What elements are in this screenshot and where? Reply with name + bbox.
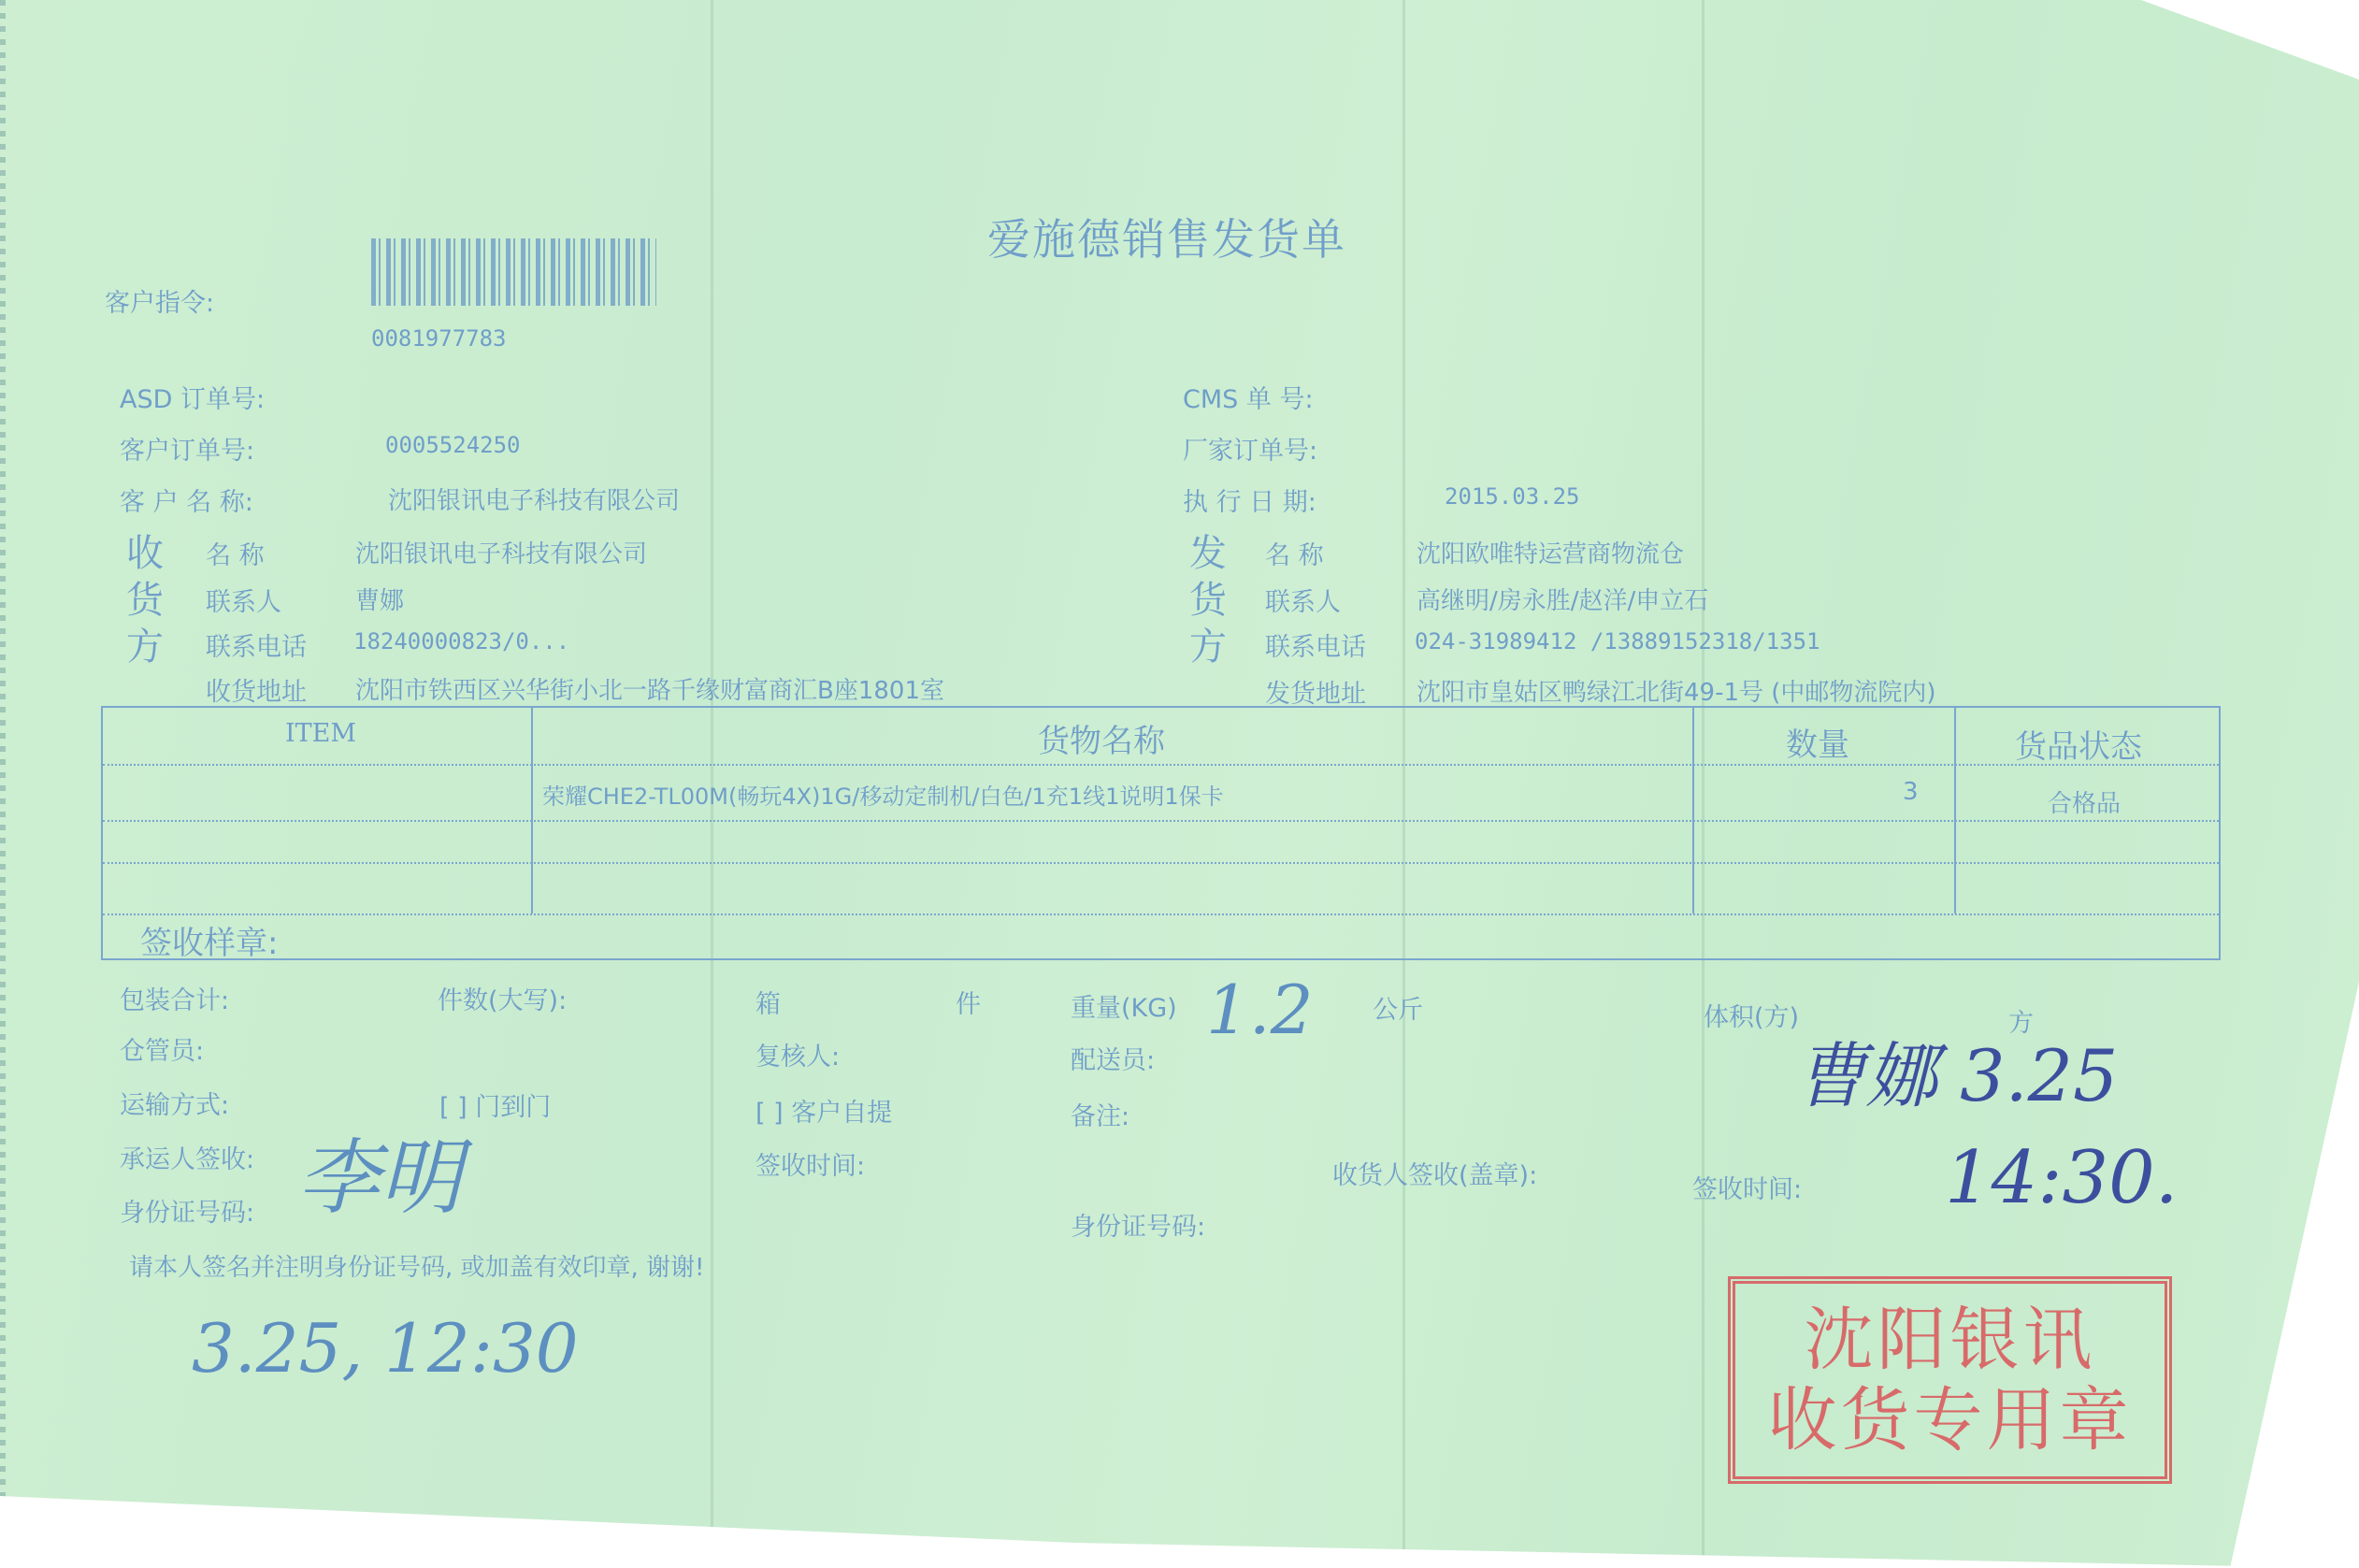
shipper-phone-label: 联系电话 [1265,626,1366,663]
id-number-label-left: 身份证号码: [120,1192,254,1229]
exec-date: 2015.03.25 [1445,483,1580,510]
barcode [371,238,656,306]
transport-label: 运输方式: [120,1085,229,1121]
perforation-edge [0,0,6,1568]
weight-value: 1.2 [1206,971,1314,1049]
receiver-sign-label: 收货人签收(盖章): [1332,1155,1537,1191]
piece-label: 件 [956,984,981,1020]
handwritten-note: 3.25, 12:30 [192,1309,579,1388]
receiver-handwritten-signature: 曹娜 3.25 [1795,1019,2118,1121]
table-column-divider [1954,708,1956,913]
carrier-sign-label: 承运人签收: [120,1139,254,1175]
receiver-address: 沈阳市铁西区兴华街小北一路千缘财富商汇B座1801室 [355,671,944,706]
receiver-name: 沈阳银讯电子科技有限公司 [355,535,647,569]
customer-name-label: 客 户 名 称: [120,482,253,518]
customer-name: 沈阳银讯电子科技有限公司 [388,482,680,516]
document-title: 爱施德销售发货单 [987,206,1346,267]
box-label: 箱 [755,984,781,1020]
id-number-label-right: 身份证号码: [1071,1206,1205,1243]
receiver-address-label: 收货地址 [206,671,307,708]
receiver-side-char: 收 [126,524,164,577]
table-column-divider [531,708,533,913]
reviewer-label: 复核人: [755,1036,840,1072]
table-column-divider [1692,708,1694,913]
package-total-label: 包装合计: [120,980,229,1016]
pieces-label: 件数(大写): [438,980,567,1016]
sign-time-label: 签收时间: [755,1145,865,1182]
stamp-line-1: 沈阳银讯 [1805,1300,2096,1380]
receiver-side-char: 方 [126,617,164,670]
column-header-goods: 货物名称 [1038,715,1165,761]
asd-order-label: ASD 订单号: [120,379,265,415]
courier-label: 配送员: [1071,1040,1155,1076]
exec-date-label: 执 行 日 期: [1183,482,1316,518]
column-header-item: ITEM [285,719,356,748]
cms-label: CMS 单 号: [1183,379,1314,415]
row-goods-name: 荣耀CHE2-TL00M(畅玩4X)1G/移动定制机/白色/1充1线1说明1保卡 [542,778,1224,811]
table-divider [103,820,2219,822]
warehouse-label: 仓管员: [120,1030,204,1067]
self-pickup-option[interactable]: [ ] 客户自提 [755,1092,892,1129]
shipper-contact-label: 联系人 [1265,582,1341,618]
receiver-phone-label: 联系电话 [206,626,307,663]
receiver-contact: 曹娜 [355,582,404,616]
table-divider [103,913,2219,915]
row-quantity: 3 [1903,778,1919,806]
customer-instruction-number: 0081977783 [371,325,507,352]
column-header-quantity: 数量 [1786,719,1849,765]
table-divider [103,764,2219,766]
weight-unit: 公斤 [1373,989,1423,1026]
vendor-order-label: 厂家订单号: [1183,430,1317,467]
weight-label: 重量(KG) [1071,987,1177,1024]
receiver-phone: 18240000823/0... [353,628,569,655]
volume-label: 体积(方) [1704,997,1799,1033]
carrier-signature: 李明 [297,1113,462,1230]
receiver-side-char: 货 [126,570,164,624]
receipt-stamp: 沈阳银讯 收货专用章 [1728,1276,2172,1484]
customer-instruction-label: 客户指令: [105,282,214,319]
remark-label: 备注: [1071,1096,1129,1132]
shipper-address: 沈阳市皇姑区鸭绿江北街49-1号 (中邮物流院内) [1417,673,1936,708]
row-status: 合格品 [2048,784,2121,819]
shipper-address-label: 发货地址 [1265,673,1366,710]
shipper-name-label: 名 称 [1265,535,1324,571]
shipper-contact: 高继明/房永胜/赵洋/申立石 [1417,582,1708,616]
shipper-side-char: 发 [1189,524,1227,577]
shipper-side-char: 方 [1189,617,1227,670]
goods-table: ITEM 货物名称 数量 货品状态 荣耀CHE2-TL00M(畅玩4X)1G/移… [101,706,2221,960]
stamp-line-2: 收货专用章 [1768,1380,2133,1460]
sign-sample-label: 签收样章: [140,917,278,963]
shipper-name: 沈阳欧唯特运营商物流仓 [1417,535,1684,569]
table-divider [103,862,2219,864]
receiver-name-label: 名 称 [206,535,265,571]
receiver-sign-time-label: 签收时间: [1692,1169,1802,1205]
column-header-status: 货品状态 [2015,721,2142,767]
receiver-contact-label: 联系人 [206,582,281,618]
shipper-side-char: 货 [1189,570,1227,624]
customer-order-number: 0005524250 [385,432,521,458]
signature-notice: 请本人签名并注明身份证号码, 或加盖有效印章, 谢谢! [129,1248,704,1283]
shipper-phone: 024-31989412 /13889152318/1351 [1415,628,1820,655]
customer-order-label: 客户订单号: [120,430,254,467]
handwritten-receive-time: 14:30. [1945,1136,2179,1220]
